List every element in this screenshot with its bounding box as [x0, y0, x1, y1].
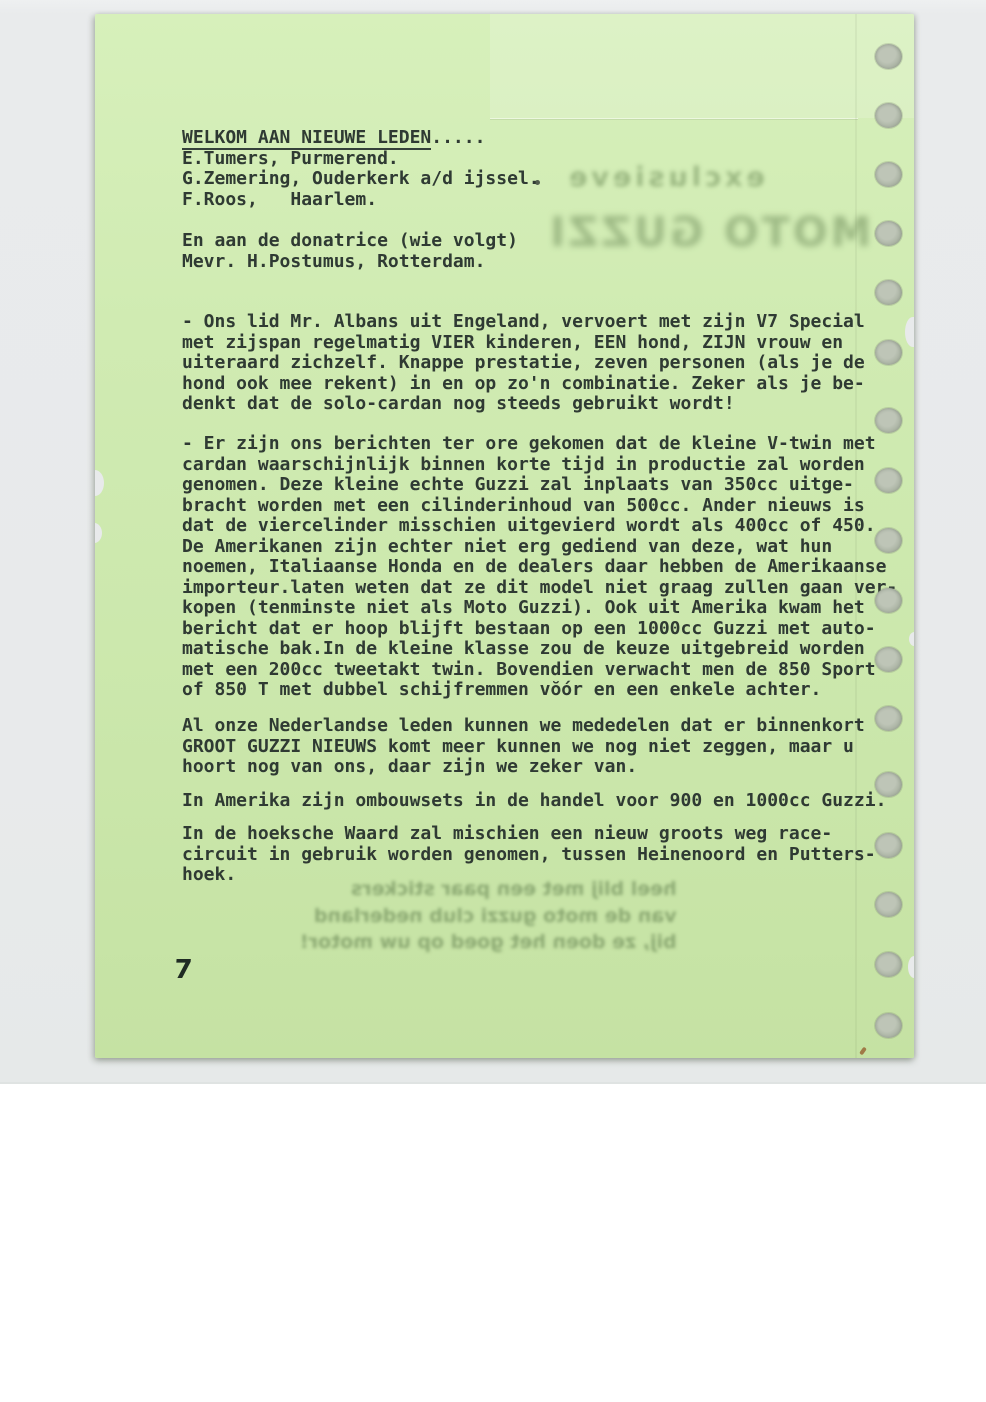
heading-dots: .....: [431, 128, 485, 151]
punch-hole: [875, 44, 902, 69]
punch-hole: [875, 647, 902, 672]
paragraph-vtwin-news: - Er zijn ons berichten ter ore gekomen …: [182, 434, 897, 701]
underlying-sheet-highlight: [490, 14, 914, 118]
torn-edge: [905, 317, 914, 347]
punch-hole: [875, 772, 902, 797]
paragraph-ombouwsets: In Amerika zijn ombouwsets in de handel …: [182, 791, 886, 812]
bleed-through-exclusieve: exclusieve: [565, 162, 765, 193]
punch-hole: [875, 528, 902, 553]
punch-hole: [875, 833, 902, 858]
torn-edge: [908, 956, 914, 978]
torn-notch: [95, 523, 102, 543]
torn-edge: [909, 632, 914, 646]
punch-hole: [875, 162, 902, 187]
punch-hole: [875, 952, 902, 977]
punch-hole: [875, 468, 902, 493]
punch-hole: [875, 103, 902, 128]
pen-mark: [859, 1047, 867, 1056]
punch-hole: [875, 408, 902, 433]
punch-hole: [875, 1013, 902, 1038]
scan-margin: [0, 1082, 986, 1402]
bleed-through-logo: MOTO GUZZI: [547, 208, 871, 256]
underlying-sheet-edge: [490, 118, 858, 119]
punch-hole: [875, 340, 902, 365]
punch-hole: [875, 280, 902, 305]
new-members-list: E.Tumers, Purmerend. G.Zemering, Ouderke…: [182, 149, 540, 211]
punch-hole: [875, 221, 902, 246]
punch-hole: [875, 892, 902, 917]
heading-text: WELKOM AAN NIEUWE LEDEN: [182, 128, 431, 151]
punch-hole: [875, 706, 902, 731]
donatrice-lines: En aan de donatrice (wie volgt) Mevr. H.…: [182, 231, 518, 272]
torn-notch: [95, 470, 104, 496]
scanner-background: exclusieve MOTO GUZZI heel blij met een …: [0, 0, 986, 1082]
bleed-through-lines: heel blij met een paar stickers van de m…: [300, 876, 677, 956]
newsletter-page: exclusieve MOTO GUZZI heel blij met een …: [95, 14, 914, 1058]
paragraph-racecircuit: In de hoeksche Waard zal mischien een ni…: [182, 824, 876, 886]
punch-hole: [875, 588, 902, 613]
paragraph-v7-special: - Ons lid Mr. Albans uit Engeland, vervo…: [182, 312, 865, 415]
section-heading: WELKOM AAN NIEUWE LEDEN.....: [182, 128, 485, 151]
page-number: 7: [173, 955, 193, 985]
paragraph-groot-guzzi-nieuws: Al onze Nederlandse leden kunnen we mede…: [182, 716, 865, 778]
